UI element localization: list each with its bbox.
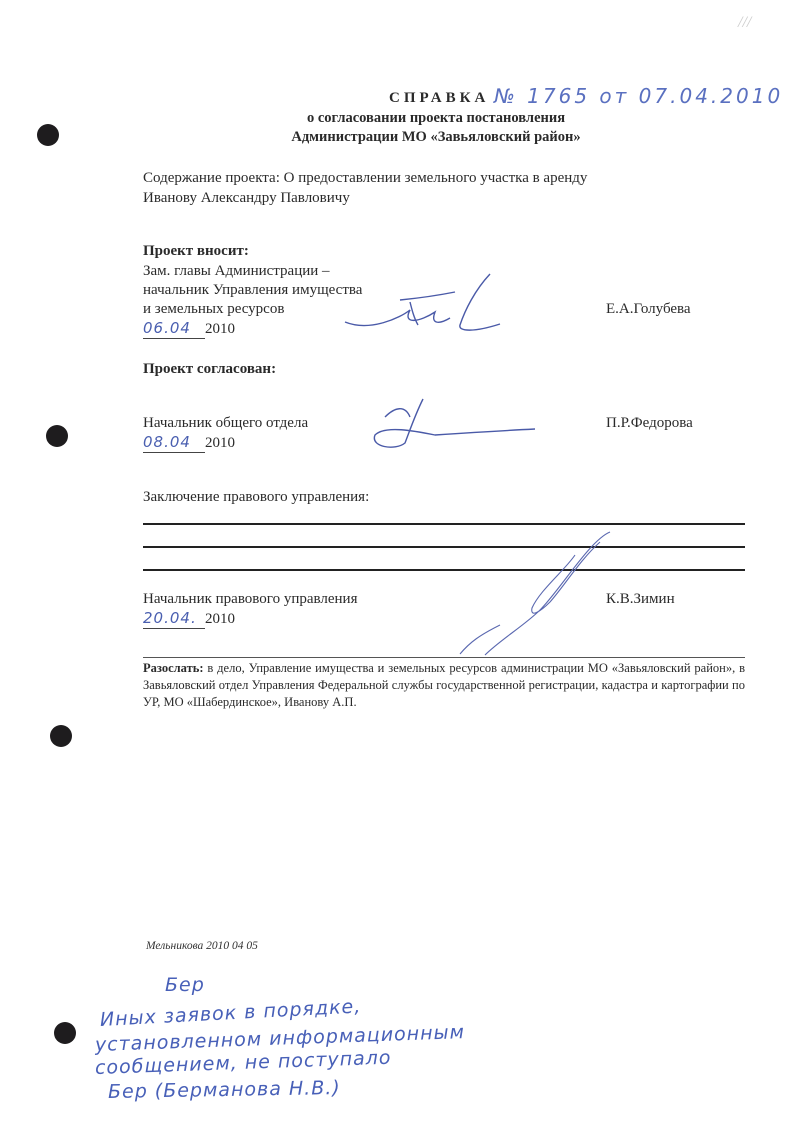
project-content-line1: Содержание проекта: О предоставлении зем…: [143, 169, 587, 188]
legal-date: 20.04.2010: [143, 609, 235, 629]
legal-position: Начальник правового управления: [143, 590, 357, 609]
punch-hole: [46, 425, 68, 447]
submitter-position-line3: и земельных ресурсов: [143, 300, 284, 319]
document-subtitle-line1: о согласовании проекта постановления: [226, 110, 646, 127]
signature-icon: [340, 270, 520, 340]
submitter-date: 06.042010: [143, 319, 235, 339]
punch-hole: [37, 124, 59, 146]
note-line4: Бер (Берманова Н.В.): [108, 1078, 341, 1103]
handwritten-doc-number: № 1765 от 07.04.2010: [494, 84, 783, 108]
signature-icon: [365, 395, 545, 455]
distribution-text: в дело, Управление имущества и земельных…: [143, 661, 745, 709]
submitter-date-year: 2010: [205, 321, 235, 337]
legal-date-handwritten: 20.04.: [143, 609, 205, 629]
distribution-divider: [143, 657, 745, 658]
approver-name: П.Р.Федорова: [606, 414, 693, 433]
approver-date-handwritten: 08.04: [143, 433, 205, 453]
document-title: СПРАВКА: [389, 90, 489, 107]
submitter-date-handwritten: 06.04: [143, 319, 205, 339]
document-subtitle-line2: Администрации МО «Завьяловский район»: [226, 129, 646, 146]
punch-hole: [54, 1022, 76, 1044]
approver-position: Начальник общего отдела: [143, 414, 308, 433]
author-line: Мельникова 2010 04 05: [146, 940, 258, 952]
project-content-line2: Иванову Александру Павловичу: [143, 189, 350, 208]
submitted-by-heading: Проект вносит:: [143, 242, 249, 261]
approver-date: 08.042010: [143, 433, 235, 453]
punch-hole: [50, 725, 72, 747]
note-initials: Бер: [165, 975, 205, 996]
distribution-label: Разослать:: [143, 661, 204, 675]
approved-heading: Проект согласован:: [143, 360, 276, 379]
page-mark: ///: [738, 14, 751, 32]
approver-date-year: 2010: [205, 435, 235, 451]
submitter-position-line2: начальник Управления имущества: [143, 281, 362, 300]
legal-conclusion-heading: Заключение правового управления:: [143, 488, 369, 507]
conclusion-line: [143, 523, 745, 525]
distribution-list: Разослать: в дело, Управление имущества …: [143, 660, 745, 711]
submitter-name: Е.А.Голубева: [606, 300, 691, 319]
legal-date-year: 2010: [205, 611, 235, 627]
signature-icon: [440, 530, 620, 660]
submitter-position-line1: Зам. главы Администрации –: [143, 262, 330, 281]
